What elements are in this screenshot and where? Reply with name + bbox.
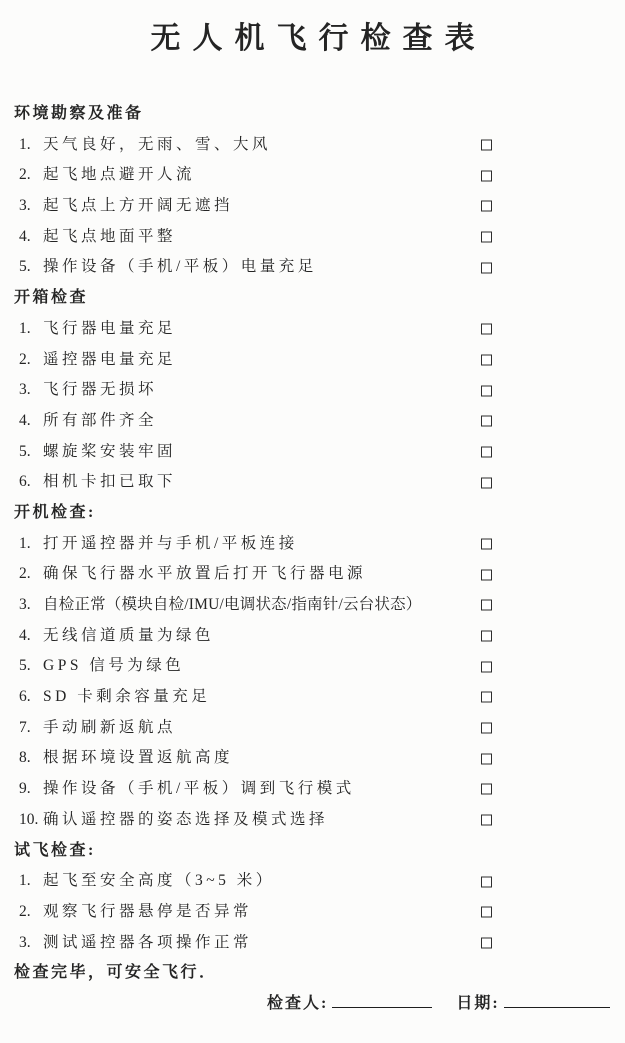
item-text: 所有部件齐全 [43,412,157,429]
item-text: 螺旋桨安装牢固 [43,443,176,460]
checklist-item: 6.SD 卡剩余容量充足 [0,682,625,713]
item-text: 根据环境设置返航高度 [43,749,233,766]
item-text: 自检正常（模块自检/IMU/电调状态/指南针/云台状态） [43,596,421,613]
item-checkbox[interactable] [481,262,492,273]
section-heading: 试飞检查: [0,836,625,867]
date-signature-line[interactable] [504,1007,610,1008]
item-number: 2. [19,160,43,191]
checklist-document: 无人机飞行检查表 环境勘察及准备1.天气良好，无雨、雪、大风2.起飞地点避开人流… [0,0,625,1043]
section-heading: 环境勘察及准备 [0,99,625,130]
item-number: 2. [19,559,43,590]
item-text: SD 卡剩余容量充足 [43,688,210,705]
checklist-item: 3.起飞点上方开阔无遮挡 [0,191,625,222]
item-text: 天气良好，无雨、雪、大风 [43,136,271,153]
checklist-item: 5.操作设备（手机/平板）电量充足 [0,252,625,283]
item-checkbox[interactable] [481,907,492,918]
section-heading: 开箱检查 [0,283,625,314]
item-text: 确认遥控器的姿态选择及模式选择 [43,811,328,828]
item-checkbox[interactable] [481,201,492,212]
item-checkbox[interactable] [481,232,492,243]
checklist-item: 4.起飞点地面平整 [0,222,625,253]
item-number: 6. [19,467,43,498]
checklist-item: 1.天气良好，无雨、雪、大风 [0,130,625,161]
checklist-item: 7.手动刷新返航点 [0,713,625,744]
item-text: 操作设备（手机/平板）电量充足 [43,258,317,275]
item-checkbox[interactable] [481,876,492,887]
item-text: GPS 信号为绿色 [43,657,184,674]
item-checkbox[interactable] [481,324,492,335]
item-number: 5. [19,651,43,682]
checklist-item: 6.相机卡扣已取下 [0,467,625,498]
checklist-item: 3.自检正常（模块自检/IMU/电调状态/指南针/云台状态） [0,590,625,621]
inspector-label: 检查人: [267,995,328,1012]
item-number: 2. [19,345,43,376]
checklist-item: 9.操作设备（手机/平板）调到飞行模式 [0,774,625,805]
item-text: 操作设备（手机/平板）调到飞行模式 [43,780,355,797]
checklist-item: 1.飞行器电量充足 [0,314,625,345]
item-checkbox[interactable] [481,631,492,642]
item-text: 相机卡扣已取下 [43,473,176,490]
item-checkbox[interactable] [481,140,492,151]
item-number: 10. [19,805,43,836]
item-number: 4. [19,406,43,437]
checklist-item: 10.确认遥控器的姿态选择及模式选择 [0,805,625,836]
completion-note: 检查完毕，可安全飞行． [0,958,625,989]
item-number: 3. [19,590,43,621]
item-checkbox[interactable] [481,477,492,488]
checklist-item: 4.无线信道质量为绿色 [0,621,625,652]
item-checkbox[interactable] [481,692,492,703]
item-number: 1. [19,130,43,161]
checklist-item: 2.确保飞行器水平放置后打开飞行器电源 [0,559,625,590]
item-checkbox[interactable] [481,784,492,795]
item-text: 遥控器电量充足 [43,351,176,368]
item-checkbox[interactable] [481,815,492,826]
checklist-item: 1.打开遥控器并与手机/平板连接 [0,529,625,560]
item-number: 3. [19,928,43,959]
item-number: 9. [19,774,43,805]
item-text: 确保飞行器水平放置后打开飞行器电源 [43,565,366,582]
item-checkbox[interactable] [481,446,492,457]
item-number: 2. [19,897,43,928]
item-number: 8. [19,743,43,774]
item-checkbox[interactable] [481,170,492,181]
item-number: 1. [19,314,43,345]
item-checkbox[interactable] [481,385,492,396]
checklist-item: 3.飞行器无损坏 [0,375,625,406]
date-label: 日期: [456,995,499,1012]
checklist-item: 1.起飞至安全高度（3~5 米） [0,866,625,897]
item-text: 起飞点上方开阔无遮挡 [43,197,233,214]
item-text: 起飞点地面平整 [43,228,176,245]
section-heading: 开机检查: [0,498,625,529]
item-number: 1. [19,529,43,560]
item-text: 测试遥控器各项操作正常 [43,934,252,951]
signature-row: 检查人:日期: [0,989,625,1020]
item-number: 5. [19,252,43,283]
item-number: 3. [19,191,43,222]
checklist-item: 2.遥控器电量充足 [0,345,625,376]
inspector-signature-line[interactable] [332,1007,432,1008]
checklist-item: 5.螺旋桨安装牢固 [0,437,625,468]
item-number: 5. [19,437,43,468]
item-text: 手动刷新返航点 [43,719,176,736]
item-checkbox[interactable] [481,569,492,580]
item-number: 4. [19,222,43,253]
checklist-item: 2.观察飞行器悬停是否异常 [0,897,625,928]
item-text: 起飞地点避开人流 [43,166,195,183]
item-number: 4. [19,621,43,652]
item-text: 起飞至安全高度（3~5 米） [43,872,275,889]
item-number: 3. [19,375,43,406]
item-checkbox[interactable] [481,354,492,365]
item-text: 飞行器电量充足 [43,320,176,337]
checklist-item: 4.所有部件齐全 [0,406,625,437]
item-checkbox[interactable] [481,661,492,672]
checklist-item: 2.起飞地点避开人流 [0,160,625,191]
checklist-sections: 环境勘察及准备1.天气良好，无雨、雪、大风2.起飞地点避开人流3.起飞点上方开阔… [0,99,625,958]
checklist-body: 环境勘察及准备1.天气良好，无雨、雪、大风2.起飞地点避开人流3.起飞点上方开阔… [0,99,625,1020]
item-number: 6. [19,682,43,713]
item-checkbox[interactable] [481,600,492,611]
item-checkbox[interactable] [481,753,492,764]
item-checkbox[interactable] [481,937,492,948]
item-text: 无线信道质量为绿色 [43,627,214,644]
item-checkbox[interactable] [481,723,492,734]
checklist-item: 8.根据环境设置返航高度 [0,743,625,774]
checklist-item: 3.测试遥控器各项操作正常 [0,928,625,959]
item-number: 1. [19,866,43,897]
item-checkbox[interactable] [481,416,492,427]
page-title: 无人机飞行检查表 [0,0,625,56]
item-text: 飞行器无损坏 [43,381,157,398]
item-checkbox[interactable] [481,538,492,549]
item-text: 观察飞行器悬停是否异常 [43,903,252,920]
item-text: 打开遥控器并与手机/平板连接 [43,535,298,552]
item-number: 7. [19,713,43,744]
checklist-item: 5.GPS 信号为绿色 [0,651,625,682]
